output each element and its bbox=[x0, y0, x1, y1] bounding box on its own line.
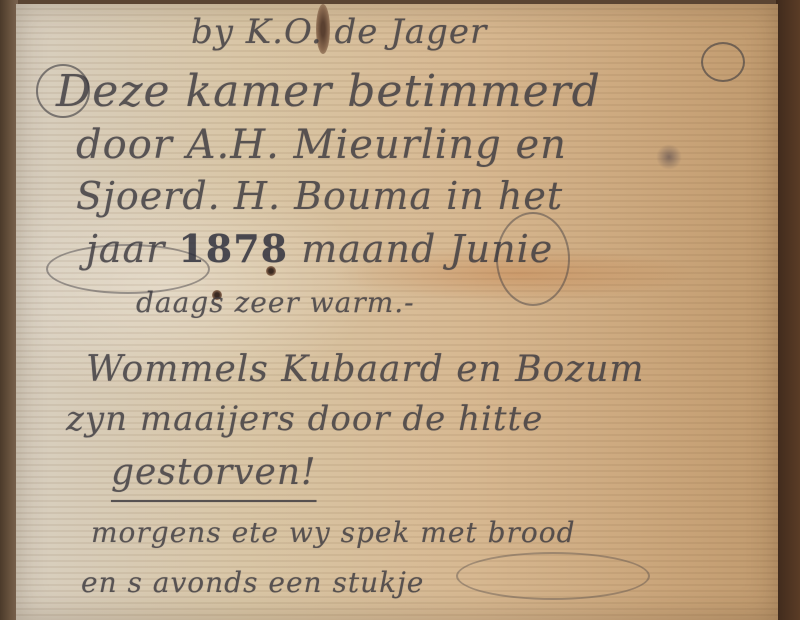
inscription-line: door A.H. Mieurling en bbox=[76, 122, 567, 168]
inscription-line: Sjoerd. H. Bouma in het bbox=[76, 174, 563, 218]
inscription-line-author: by K.O. de Jager bbox=[191, 12, 487, 52]
inscription-line: morgens ete wy spek met brood bbox=[91, 516, 576, 549]
year: 1878 bbox=[178, 226, 288, 271]
letter-flourish bbox=[701, 42, 745, 82]
wood-knot-small bbox=[656, 144, 682, 170]
inscription-line: Deze kamer betimmerd bbox=[56, 66, 601, 117]
inscription-line: daags zeer warm.- bbox=[136, 286, 415, 319]
inscription-line: en s avonds een stukje bbox=[81, 566, 424, 599]
wood-frame-right bbox=[776, 0, 800, 620]
text: maand Junie bbox=[288, 227, 553, 271]
inscription-line: Wommels Kubaard en Bozum bbox=[86, 349, 645, 390]
inscription-line: zyn maaijers door de hitte bbox=[66, 399, 543, 439]
inscription-line: gestorven! bbox=[111, 452, 316, 493]
letter-flourish bbox=[456, 552, 650, 600]
inscription-line-date: jaar 1878 maand Junie bbox=[86, 226, 553, 271]
text: jaar bbox=[86, 227, 178, 271]
wooden-plank: by K.O. de Jager Deze kamer betimmerd do… bbox=[16, 4, 778, 620]
